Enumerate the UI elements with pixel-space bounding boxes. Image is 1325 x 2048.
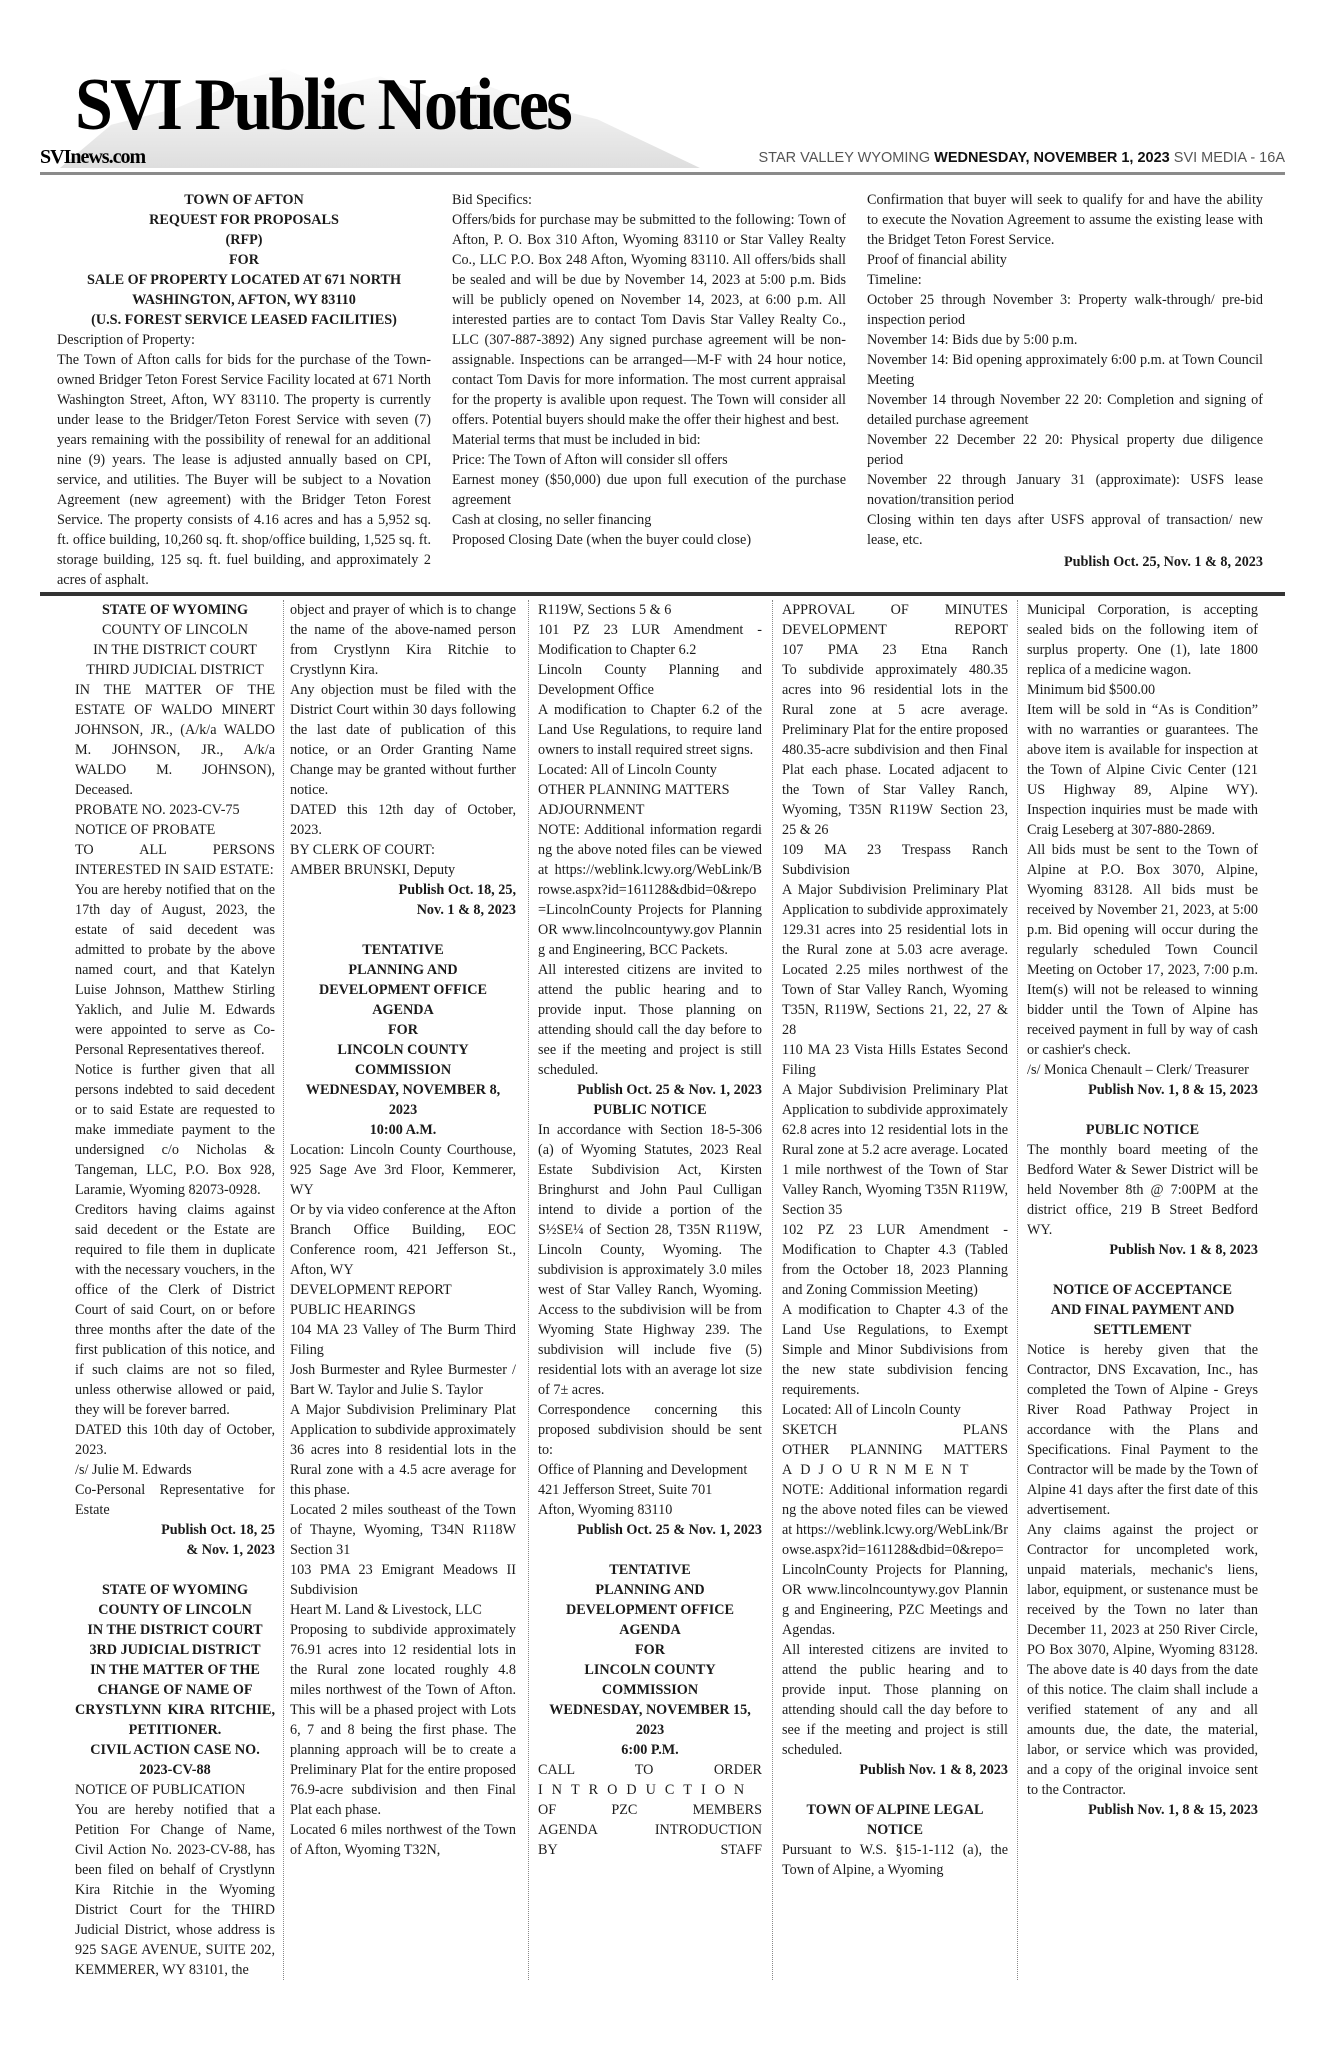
agenda-item: OF PZC MEMBERS — [538, 1800, 762, 1820]
notice-text: Closing within ten days after USFS appro… — [867, 510, 1263, 550]
notice-heading: PETITIONER. — [75, 1720, 275, 1740]
column-divider — [283, 600, 284, 1980]
agenda-item: ADJOURNMENT — [538, 800, 762, 820]
case-number: CIVIL ACTION CASE NO. 2023-CV-88 — [75, 1740, 275, 1780]
address-line: Afton, Wyoming 83110 — [538, 1500, 762, 1520]
notice-heading: (RFP) — [57, 230, 431, 250]
notice-heading: AGENDA — [538, 1620, 762, 1640]
agenda-item: A modification to Chapter 4.3 of the Lan… — [782, 1300, 1008, 1400]
notice-text: October 25 through November 3: Property … — [867, 290, 1263, 330]
notice-text: Proposed Closing Date (when the buyer co… — [452, 530, 846, 550]
notice-text: DATED this 12th day of October, 2023. — [290, 800, 516, 840]
column-5: Municipal Corporation, is accepting seal… — [1027, 600, 1258, 1820]
agenda-item: PUBLIC HEARINGS — [290, 1300, 516, 1320]
notice-heading: TENTATIVE — [290, 940, 516, 960]
notice-heading: NOTICE — [782, 1820, 1008, 1840]
notice-heading: DEVELOPMENT OFFICE — [538, 1600, 762, 1620]
agenda-item: Heart M. Land & Livestock, LLC — [290, 1600, 516, 1620]
notice-heading: CHANGE OF NAME OF — [75, 1680, 275, 1700]
notice-text: All bids must be sent to the Town of Alp… — [1027, 840, 1258, 1060]
notice-text: The Town of Afton calls for bids for the… — [57, 350, 431, 590]
agenda-item: Or by via video conference at the Afton … — [290, 1200, 516, 1280]
agenda-item: To subdivide approximately 480.35 acres … — [782, 660, 1008, 840]
notice-text: You are hereby notified that a Petition … — [75, 1800, 275, 1980]
column-4: APPROVAL OF MINUTES DEVELOPMENT REPORT 1… — [782, 600, 1008, 1880]
publish-dates: Publish Oct. 18, 25, — [290, 880, 516, 900]
notice-text: Timeline: — [867, 270, 1263, 290]
publish-dates: & Nov. 1, 2023 — [75, 1540, 275, 1560]
afton-rfp-col2: Bid Specifics: Offers/bids for purchase … — [452, 190, 846, 550]
notice-text: object and prayer of which is to change … — [290, 600, 516, 680]
agenda-item: Located: All of Lincoln County — [538, 760, 762, 780]
agenda-item: R119W, Sections 5 & 6 — [538, 600, 762, 620]
publish-dates: Publish Nov. 1 & 8, 2023 — [1027, 1240, 1258, 1260]
dateline: STAR VALLEY WYOMING WEDNESDAY, NOVEMBER … — [759, 150, 1285, 166]
notice-heading: PUBLIC NOTICE — [538, 1100, 762, 1120]
notice-heading: REQUEST FOR PROPOSALS — [57, 210, 431, 230]
notice-heading: COUNTY OF LINCOLN — [75, 1600, 275, 1620]
notice-heading: IN THE MATTER OF THE — [75, 1660, 275, 1680]
notice-heading: SALE OF PROPERTY LOCATED AT 671 NORTH WA… — [57, 270, 431, 310]
notice-text: November 14 through November 22 20: Comp… — [867, 390, 1263, 430]
agenda-item: APPROVAL OF MINUTES — [782, 600, 1008, 620]
notice-text: Proof of financial ability — [867, 250, 1263, 270]
agenda-item: OTHER PLANNING MATTERS — [538, 780, 762, 800]
column-3: R119W, Sections 5 & 6 101 PZ 23 LUR Amen… — [538, 600, 762, 1860]
notice-text: Description of Property: — [57, 330, 431, 350]
notice-heading: PLANNING AND — [538, 1580, 762, 1600]
notice-text: The monthly board meeting of the Bedford… — [1027, 1140, 1258, 1240]
notice-heading: COMMISSION — [290, 1060, 516, 1080]
notice-text: NOTICE OF PUBLICATION — [75, 1780, 275, 1800]
notice-heading: PLANNING AND — [290, 960, 516, 980]
notice-heading: TOWN OF AFTON — [57, 190, 431, 210]
agenda-item: NOTE: Additional information regarding t… — [538, 820, 762, 960]
masthead: SVI Public Notices SVInews.com STAR VALL… — [40, 60, 1285, 168]
notice-heading: COMMISSION — [538, 1680, 762, 1700]
publish-dates: Publish Oct. 18, 25 — [75, 1520, 275, 1540]
masthead-rule — [40, 172, 1285, 175]
agenda-item: 110 MA 23 Vista Hills Estates Second Fil… — [782, 1040, 1008, 1080]
notice-text: DATED this 10th day of October, 2023. — [75, 1420, 275, 1460]
notice-text: TO ALL PERSONS INTERESTED IN SAID ESTATE… — [75, 840, 275, 880]
notice-heading: FOR — [57, 250, 431, 270]
agenda-item: AGENDA INTRODUCTION — [538, 1820, 762, 1840]
notice-text: AMBER BRUNSKI, Deputy — [290, 860, 516, 880]
publish-dates: Publish Nov. 1, 8 & 15, 2023 — [1027, 1080, 1258, 1100]
notice-text: Cash at closing, no seller financing — [452, 510, 846, 530]
column-divider — [528, 600, 529, 1980]
agenda-item: 107 PMA 23 Etna Ranch — [782, 640, 1008, 660]
notice-heading: 10:00 A.M. — [290, 1120, 516, 1140]
agenda-item: Located 2 miles southeast of the Town of… — [290, 1500, 516, 1560]
publish-dates: Publish Nov. 1 & 8, 2023 — [782, 1760, 1008, 1780]
agenda-item: 103 PMA 23 Emigrant Meadows II Subdivisi… — [290, 1560, 516, 1600]
address-line: 421 Jefferson Street, Suite 701 — [538, 1480, 762, 1500]
notice-text: Bid Specifics: — [452, 190, 846, 210]
notice-heading: AND FINAL PAYMENT AND — [1027, 1300, 1258, 1320]
notice-text: Item will be sold in “As is Condition” w… — [1027, 700, 1258, 840]
notice-text: November 22 through January 31 (approxim… — [867, 470, 1263, 510]
column-2: object and prayer of which is to change … — [290, 600, 516, 1860]
notice-text: Material terms that must be included in … — [452, 430, 846, 450]
agenda-item: Location: Lincoln County Courthouse, 925… — [290, 1140, 516, 1200]
notice-heading: (U.S. FOREST SERVICE LEASED FACILITIES) — [57, 310, 431, 330]
notice-text: November 14: Bids due by 5:00 p.m. — [867, 330, 1263, 350]
agenda-item: A Major Subdivision Preliminary Plat App… — [782, 1080, 1008, 1220]
agenda-item: ADJOURNMENT — [782, 1460, 1008, 1480]
notice-text: /s/ Monica Chenault – Clerk/ Treasurer — [1027, 1060, 1258, 1080]
afton-rfp-col3: Confirmation that buyer will seek to qua… — [867, 190, 1263, 572]
publish-dates: Publish Oct. 25, Nov. 1 & 8, 2023 — [867, 552, 1263, 572]
agenda-item: A Major Subdivision Preliminary Plat App… — [290, 1400, 516, 1500]
notice-heading: 6:00 P.M. — [538, 1740, 762, 1760]
agenda-item: 109 MA 23 Trespass Ranch Subdivision — [782, 840, 1008, 880]
agenda-item: Lincoln County Planning and Development … — [538, 660, 762, 700]
notice-heading: DEVELOPMENT OFFICE — [290, 980, 516, 1000]
agenda-item: OTHER PLANNING MATTERS — [782, 1440, 1008, 1460]
notice-heading: WEDNESDAY, NOVEMBER 15, 2023 — [538, 1700, 762, 1740]
notice-text: Correspondence concerning this proposed … — [538, 1400, 762, 1460]
notice-text: BY CLERK OF COURT: — [290, 840, 516, 860]
notice-text: Confirmation that buyer will seek to qua… — [867, 190, 1263, 250]
notice-text: Creditors having claims against said dec… — [75, 1200, 275, 1420]
agenda-item: Located: All of Lincoln County — [782, 1400, 1008, 1420]
notice-text: Any claims against the project or Contra… — [1027, 1520, 1258, 1800]
agenda-item: CALL TO ORDER — [538, 1760, 762, 1780]
section-rule — [40, 592, 1285, 596]
column-divider — [1017, 600, 1018, 1980]
notice-line: THIRD JUDICIAL DISTRICT — [75, 660, 275, 680]
notice-text: IN THE MATTER OF THE ESTATE OF WALDO MIN… — [75, 680, 275, 800]
notice-text: /s/ Julie M. Edwards — [75, 1460, 275, 1480]
notice-heading: FOR — [290, 1020, 516, 1040]
notice-line: IN THE DISTRICT COURT — [75, 640, 275, 660]
agenda-item: INTRODUCTION — [538, 1780, 762, 1800]
column-divider — [772, 600, 773, 1980]
notice-text: November 14: Bid opening approximately 6… — [867, 350, 1263, 390]
publish-dates: Nov. 1 & 8, 2023 — [290, 900, 516, 920]
agenda-item: All interested citizens are invited to a… — [782, 1640, 1008, 1760]
notice-text: Notice is hereby given that the Contract… — [1027, 1340, 1258, 1520]
agenda-item: 102 PZ 23 LUR Amendment - Modification t… — [782, 1220, 1008, 1300]
notice-heading: CRYSTLYNN KIRA RITCHIE, — [75, 1700, 275, 1720]
publish-dates: Publish Nov. 1, 8 & 15, 2023 — [1027, 1800, 1258, 1820]
notice-text: In accordance with Section 18-5-306 (a) … — [538, 1120, 762, 1400]
agenda-item: Proposing to subdivide approximately 76.… — [290, 1620, 516, 1820]
agenda-item: All interested citizens are invited to a… — [538, 960, 762, 1080]
notice-text: PROBATE NO. 2023-CV-75 — [75, 800, 275, 820]
notice-text: Price: The Town of Afton will consider s… — [452, 450, 846, 470]
notice-text: NOTICE OF PROBATE — [75, 820, 275, 840]
afton-rfp-col1: TOWN OF AFTON REQUEST FOR PROPOSALS (RFP… — [57, 190, 431, 590]
notice-line: COUNTY OF LINCOLN — [75, 620, 275, 640]
notice-heading: SETTLEMENT — [1027, 1320, 1258, 1340]
notice-text: Any objection must be filed with the Dis… — [290, 680, 516, 800]
notice-heading: AGENDA — [290, 1000, 516, 1020]
agenda-item: SKETCH PLANS — [782, 1420, 1008, 1440]
notice-text: Co-Personal Representative for Estate — [75, 1480, 275, 1520]
agenda-item: A Major Subdivision Preliminary Plat App… — [782, 880, 1008, 1040]
notice-heading: STATE OF WYOMING — [75, 1580, 275, 1600]
notice-heading: WEDNESDAY, NOVEMBER 8, 2023 — [290, 1080, 516, 1120]
notice-heading: TENTATIVE — [538, 1560, 762, 1580]
agenda-item: 104 MA 23 Valley of The Burm Third Filin… — [290, 1320, 516, 1360]
agenda-item: BY STAFF — [538, 1840, 762, 1860]
publish-dates: Publish Oct. 25 & Nov. 1, 2023 — [538, 1520, 762, 1540]
notice-text: You are hereby notified that on the 17th… — [75, 880, 275, 1060]
agenda-item: Josh Burmester and Rylee Burmester / Bar… — [290, 1360, 516, 1400]
notice-heading: IN THE DISTRICT COURT — [75, 1620, 275, 1640]
notice-heading: 3RD JUDICIAL DISTRICT — [75, 1640, 275, 1660]
notice-text: Pursuant to W.S. §15-1-112 (a), the Town… — [782, 1840, 1008, 1880]
notice-heading: NOTICE OF ACCEPTANCE — [1027, 1280, 1258, 1300]
column-1: STATE OF WYOMING COUNTY OF LINCOLN IN TH… — [75, 600, 275, 1980]
notice-text: November 22 December 22 20: Physical pro… — [867, 430, 1263, 470]
notice-text: Offers/bids for purchase may be submitte… — [452, 210, 846, 430]
address-line: Office of Planning and Development — [538, 1460, 762, 1480]
notice-heading: FOR — [538, 1640, 762, 1660]
notice-heading: LINCOLN COUNTY — [290, 1040, 516, 1060]
notice-heading: PUBLIC NOTICE — [1027, 1120, 1258, 1140]
site-url[interactable]: SVInews.com — [40, 146, 145, 169]
agenda-item: NOTE: Additional information regarding t… — [782, 1480, 1008, 1640]
notice-heading: STATE OF WYOMING — [75, 600, 275, 620]
notice-text: Earnest money ($50,000) due upon full ex… — [452, 470, 846, 510]
section-title: SVI Public Notices — [75, 68, 570, 142]
publish-dates: Publish Oct. 25 & Nov. 1, 2023 — [538, 1080, 762, 1100]
notice-text: Notice is further given that all persons… — [75, 1060, 275, 1200]
agenda-item: Located 6 miles northwest of the Town of… — [290, 1820, 516, 1860]
agenda-item: DEVELOPMENT REPORT — [782, 620, 1008, 640]
agenda-item: DEVELOPMENT REPORT — [290, 1280, 516, 1300]
agenda-item: A modification to Chapter 6.2 of the Lan… — [538, 700, 762, 760]
agenda-item: 101 PZ 23 LUR Amendment - Modification t… — [538, 620, 762, 660]
notice-heading: LINCOLN COUNTY — [538, 1660, 762, 1680]
notice-heading: TOWN OF ALPINE LEGAL — [782, 1800, 1008, 1820]
notice-text: Minimum bid $500.00 — [1027, 680, 1258, 700]
notice-text: Municipal Corporation, is accepting seal… — [1027, 600, 1258, 680]
